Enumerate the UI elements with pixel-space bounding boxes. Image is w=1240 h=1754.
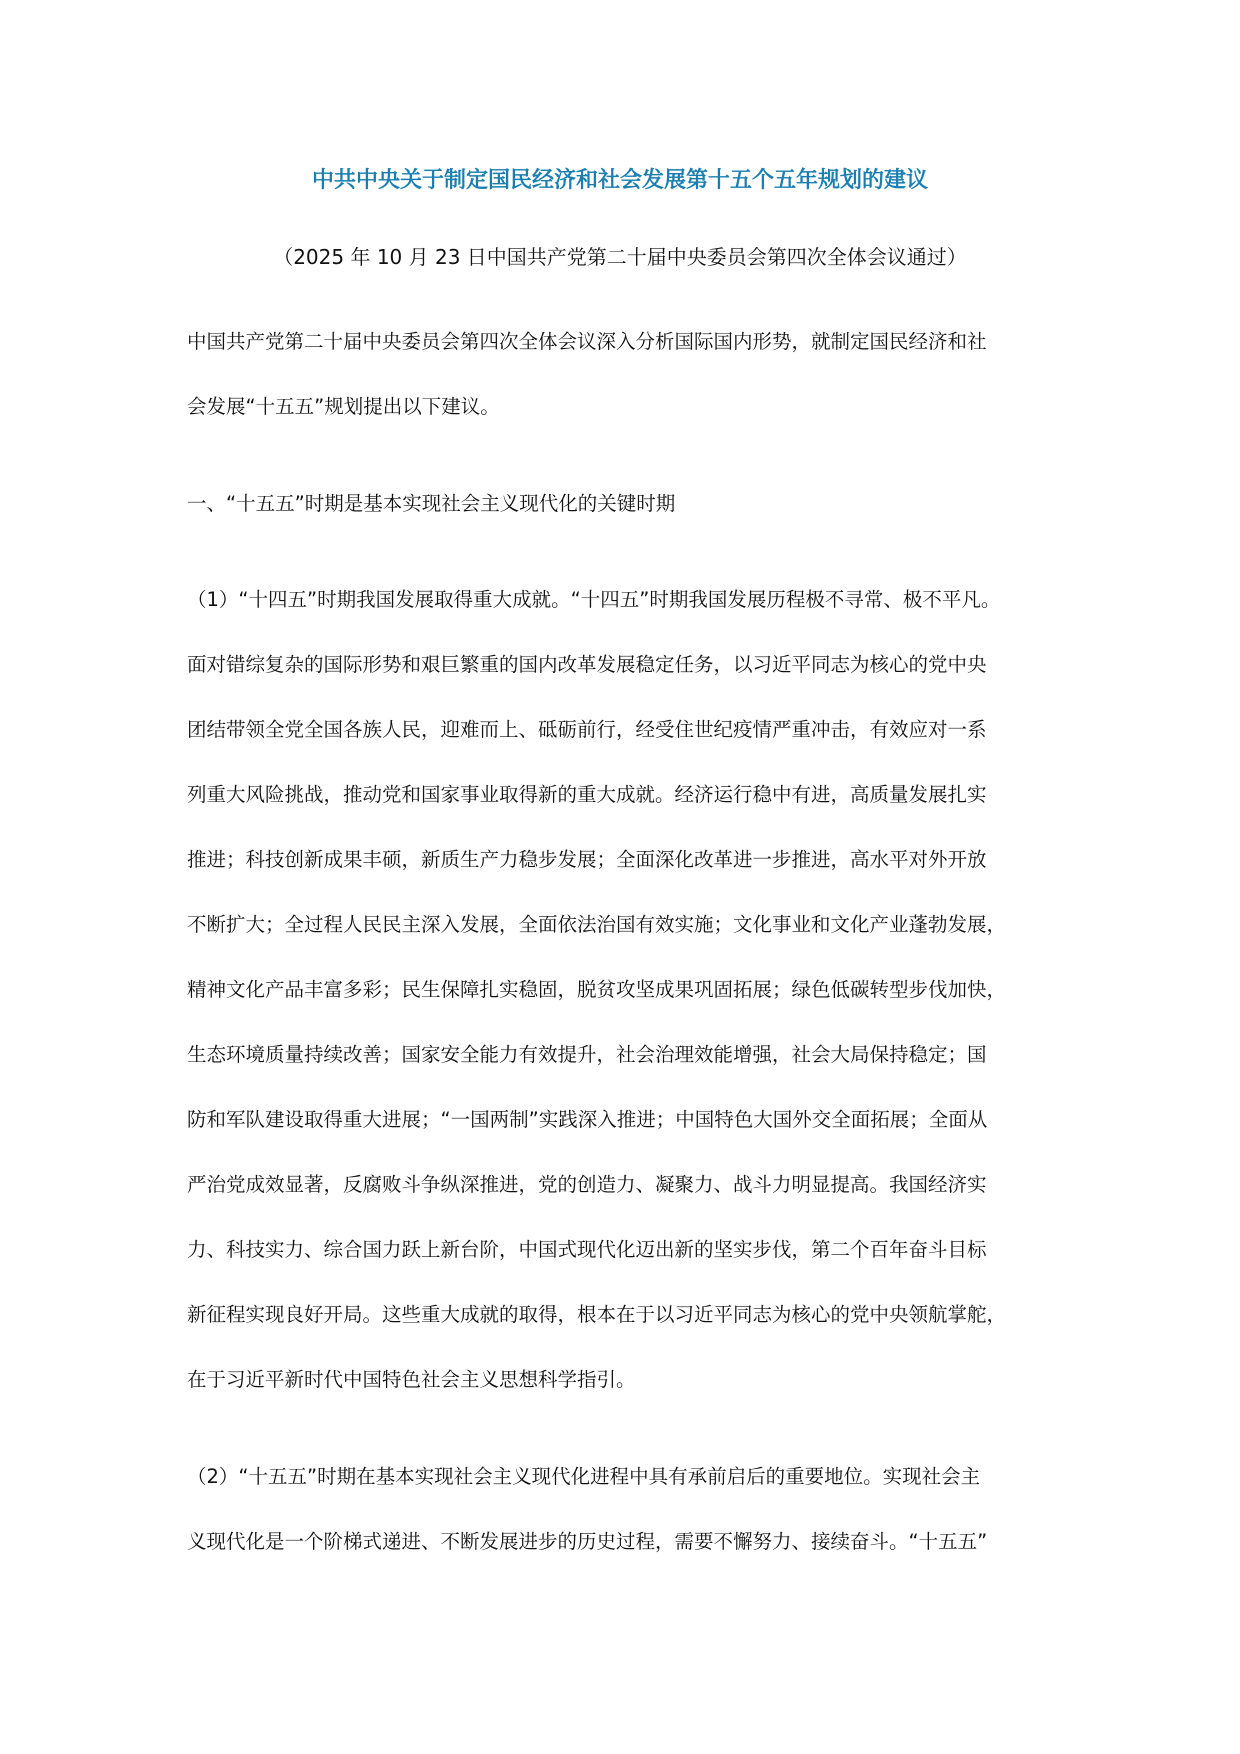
document-subtitle: （2025 年 10 月 23 日中国共产党第二十届中央委员会第四次全体会议通过…	[0, 243, 1240, 271]
paragraph-1-line-11: 力、科技实力、综合国力跃上新台阶，中国式现代化迈出新的坚实步伐，第二个百年奋斗目…	[187, 1236, 987, 1264]
paragraph-1-line-12: 新征程实现良好开局。这些重大成就的取得，根本在于以习近平同志为核心的党中央领航掌…	[187, 1301, 1006, 1329]
paragraph-1-line-1: （1）“十四五”时期我国发展取得重大成就。“十四五”时期我国发展历程极不寻常、极…	[187, 586, 1000, 614]
paragraph-1-line-6: 不断扩大；全过程人民民主深入发展，全面依法治国有效实施；文化事业和文化产业蓬勃发…	[187, 911, 1006, 939]
paragraph-1-line-10: 严治党成效显著，反腐败斗争纵深推进，党的创造力、凝聚力、战斗力明显提高。我国经济…	[187, 1171, 987, 1199]
section-heading-1: 一、“十五五”时期是基本实现社会主义现代化的关键时期	[187, 490, 675, 518]
paragraph-2-line-1: （2）“十五五”时期在基本实现社会主义现代化进程中具有承前启后的重要地位。实现社…	[187, 1463, 980, 1491]
paragraph-1-line-4: 列重大风险挑战，推动党和国家事业取得新的重大成就。经济运行稳中有进，高质量发展扎…	[187, 781, 987, 809]
paragraph-1-line-9: 防和军队建设取得重大进展；“一国两制”实践深入推进；中国特色大国外交全面拓展；全…	[187, 1106, 987, 1134]
paragraph-1-line-13: 在于习近平新时代中国特色社会主义思想科学指引。	[187, 1366, 636, 1394]
paragraph-1-line-5: 推进；科技创新成果丰硕，新质生产力稳步发展；全面深化改革进一步推进，高水平对外开…	[187, 846, 987, 874]
document-title: 中共中央关于制定国民经济和社会发展第十五个五年规划的建议	[0, 166, 1240, 196]
paragraph-1-line-2: 面对错综复杂的国际形势和艰巨繁重的国内改革发展稳定任务，以习近平同志为核心的党中…	[187, 651, 987, 679]
document-page: 中共中央关于制定国民经济和社会发展第十五个五年规划的建议 （2025 年 10 …	[0, 0, 1240, 1754]
paragraph-2-line-2: 义现代化是一个阶梯式递进、不断发展进步的历史过程，需要不懈努力、接续奋斗。“十五…	[187, 1528, 987, 1556]
paragraph-1-line-3: 团结带领全党全国各族人民，迎难而上、砥砺前行，经受住世纪疫情严重冲击，有效应对一…	[187, 716, 987, 744]
paragraph-1-line-7: 精神文化产品丰富多彩；民生保障扎实稳固，脱贫攻坚成果巩固拓展；绿色低碳转型步伐加…	[187, 976, 1006, 1004]
paragraph-1-line-8: 生态环境质量持续改善；国家安全能力有效提升，社会治理效能增强，社会大局保持稳定；…	[187, 1041, 987, 1069]
intro-line-2: 会发展“十五五”规划提出以下建议。	[187, 393, 500, 421]
intro-line-1: 中国共产党第二十届中央委员会第四次全体会议深入分析国际国内形势，就制定国民经济和…	[187, 328, 987, 356]
